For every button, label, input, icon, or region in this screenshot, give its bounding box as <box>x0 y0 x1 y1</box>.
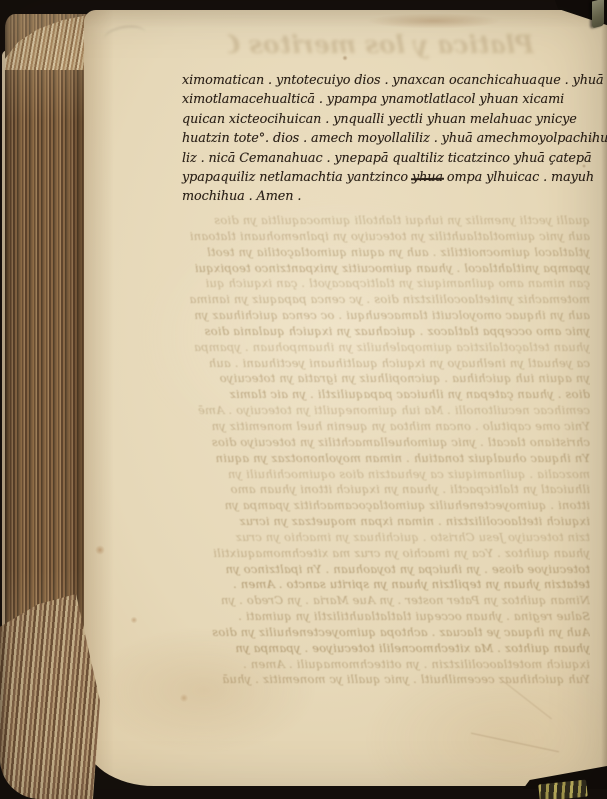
bleedthrough-line: ypampa ynitlahtlacol . yhuan quimocuitiz… <box>180 261 590 277</box>
bleedthrough-line: yhuan tetlaçotlaliztica quimopalehuiliz … <box>180 340 590 356</box>
bleedthrough-line: yhuan quihtoz . Ma xitechmocnelili totec… <box>180 641 590 657</box>
bleedthrough-line: cemihcac necuiltonolli . Ma iuh quimoneq… <box>180 403 590 419</box>
bleedthrough-line: motemachiz ynitetlaocoliliztzin dios . y… <box>180 292 590 308</box>
bleedthrough-line: ilhuicatl yn tlalticpactli . yhuan yn ix… <box>180 482 590 498</box>
bleedthrough-line: ca yehuatl yn inelhuayo yn ixquich qualt… <box>180 356 590 372</box>
manuscript-segment: mochihua . Amen . <box>182 189 301 204</box>
bleedthrough-line: yhuan quihtoz . Yca yn imachio yn cruz m… <box>180 546 590 562</box>
bleedthrough-line: yn aquin iuh quichihua . quicnopilhuiz y… <box>180 371 590 387</box>
bleedthrough-line: ixquich itetlaocoliliztzin . niman ixpan… <box>180 514 590 530</box>
manuscript-line: liz . nicā Cemanahuac . ynepapā qualtili… <box>182 149 607 168</box>
bleedthrough-line: Ynic ome capitulo . oncan mihtoa yn quen… <box>180 419 590 435</box>
manuscript-line: mochihua . Amen . <box>182 187 607 206</box>
manuscript-line: ximomatican . yntotecuiyo dios . ynaxcan… <box>182 71 607 90</box>
bleedthrough-line: Niman quihtoz yn Pater noster . yn Aue M… <box>180 593 590 609</box>
bleedthrough-line: tetatzin yhuan yn tepiltzin yhuan yn spi… <box>180 577 590 593</box>
bleedthrough-line: Auh yn ihquac ye tlacuaz . achtopa quimo… <box>180 625 590 641</box>
manuscript-line: huatzin tote°. dios . amech moyollaliliz… <box>182 129 607 148</box>
manuscript-segment: liz . nicā Cemanahuac . ynepapā qualtili… <box>182 151 592 166</box>
bleedthrough-line: ynic amo occeppa tlatlacoz . quicahuaz y… <box>180 324 590 340</box>
manuscript-line: quican xicteocihuican . ynqualli yectli … <box>182 110 607 129</box>
bleedthrough-line: çan niman amo quilnamiquiz yn tlalticpac… <box>180 276 590 292</box>
bleedthrough-line: totecuiyoe diose . yn ihuicpa yn toyaohu… <box>180 562 590 578</box>
manuscript-segment: quican xicteocihuican . ynqualli yectli … <box>182 112 577 127</box>
manuscript-segment: ompa ylhuicac . mayuh <box>443 170 594 185</box>
manuscript-text: ximomatican . yntotecuiyo dios . ynaxcan… <box>182 71 607 207</box>
manuscript-line: ximotlamacehualticā . ypampa ynamotlatla… <box>182 90 607 109</box>
bleedthrough-line: auh ynic quimotlatlauhtiliz yn totecuiyo… <box>180 229 590 245</box>
bleedthrough-line: ittoni . quimoyectenehuiliz quimotlaçoca… <box>180 498 590 514</box>
struck-word: yhua <box>412 170 443 185</box>
manuscript-segment: ypapaquiliz netlamachtia yantzinco <box>182 170 412 185</box>
bleedthrough-line: dios . yhuan çatepan yn ilhuicac papaqui… <box>180 387 590 403</box>
bleedthrough-line: ixquich motetlaocoliliztzin . yn otitech… <box>180 657 590 673</box>
bleedthrough-line: auh yn ihquac omoyolcuiti tlamaceuhqui .… <box>180 308 590 324</box>
manuscript-segment: ximomatican . yntotecuiyo dios . ynaxcan… <box>182 73 604 88</box>
bleedthrough-line: mozcalia . quilnamiquiz ca yehuatzin dio… <box>180 467 590 483</box>
bleedthrough-line: christiano tlacatl . ynic quimohuellamac… <box>180 435 590 451</box>
manuscript-segment: ximotlamacehualticā . ypampa ynamotlatla… <box>182 92 564 107</box>
bleedthrough-line: tzin totecuiyo Jesu Christo . quichihuaz… <box>180 530 590 546</box>
manuscript-line: ypapaquiliz netlamachtia yantzinco yhua … <box>182 168 607 187</box>
photo-background: Platica y los meritos Cathol ximomatican… <box>0 0 607 799</box>
bleedthrough-line: ytlatlacol quimocnoittiliz . auh yn aqui… <box>180 245 590 261</box>
bleedthrough-heading: Platica y los meritos Cathol <box>228 26 534 66</box>
bleedthrough-line: Salue regina . yhuan occequi tlatlatlauh… <box>180 609 590 625</box>
fore-edge-top-tips <box>5 14 87 70</box>
bleedthrough-lines: qualli yectli ynemiliz yn iuhqui tlahtol… <box>180 213 590 691</box>
manuscript-segment: huatzin tote°. dios . amech moyollaliliz… <box>182 131 607 146</box>
bleedthrough-line: Yuh quichihuaz cecemilhuitl . ynic quall… <box>180 672 590 688</box>
bleedthrough-line: Yn ihquac ohualquiz tonatiuh . niman moy… <box>180 451 590 467</box>
bleedthrough-line: qualli yectli ynemiliz yn iuhqui tlahtol… <box>180 213 590 229</box>
book-clasp <box>592 0 604 28</box>
